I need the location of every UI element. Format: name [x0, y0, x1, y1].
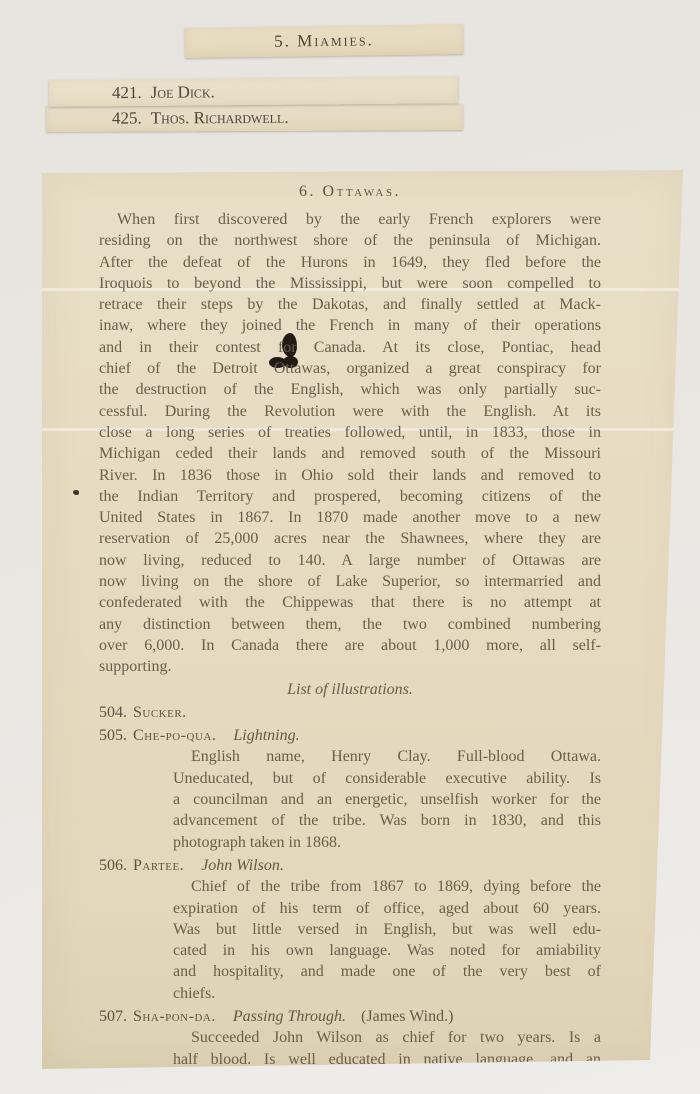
strip-entry-number: 425.: [112, 108, 142, 127]
paragraph-line: cessful. During the Revolution were with…: [99, 401, 601, 422]
description-line: English name, Henry Clay. Full-blood Ott…: [173, 746, 601, 767]
strip-entry-name: Thos. Richardwell.: [151, 108, 289, 128]
paragraph-line: Michigan ceded their lands and removed s…: [99, 443, 601, 464]
paragraph-line: Iroquois to beyond the Mississippi, but …: [99, 273, 601, 294]
entry-507: 507.Sha-pon-da.Passing Through.(James Wi…: [99, 1006, 601, 1027]
strip-entry-name: Joe Dick.: [151, 82, 215, 102]
paragraph-line: When first discovered by the early Frenc…: [99, 209, 601, 230]
margin-mark: [73, 490, 79, 495]
description-line: ordained minister in the Baptist church.…: [173, 1070, 601, 1091]
entry-number: 505.: [99, 725, 133, 746]
paragraph-line: over 6,000. In Canada there are about 1,…: [99, 635, 601, 656]
intro-paragraph: When first discovered by the early Frenc…: [99, 209, 601, 678]
entry-name: Sha-pon-da.: [133, 1008, 216, 1025]
entry-506: 506.Partee.John Wilson.: [99, 855, 601, 876]
entry-505: 505.Che-po-qua.Lightning.: [99, 725, 601, 746]
description-line: expiration of his term of office, aged a…: [173, 898, 601, 919]
paragraph-line: the destruction of the English, which wa…: [99, 379, 601, 400]
paragraph-line: residing on the northwest shore of the p…: [99, 230, 601, 251]
paragraph-line: inaw, where they joined the French in ma…: [99, 315, 601, 336]
illustrations-caption: List of illustrations.: [99, 679, 601, 700]
photo-backdrop: 5. Miamies. 421.Joe Dick. 425.Thos. Rich…: [0, 0, 700, 1094]
strip-entry-number: 421.: [112, 83, 142, 102]
entry-number: 506.: [99, 855, 133, 876]
paragraph-line: close a long series of treaties followed…: [99, 422, 601, 443]
entry-translation: Lightning.: [233, 727, 299, 744]
entry-number: 507.: [99, 1006, 133, 1027]
description-line: a councilman and an energetic, unselfish…: [173, 789, 601, 810]
entry-506-description: Chief of the tribe from 1867 to 1869, dy…: [173, 876, 601, 1004]
paragraph-line: supporting.: [99, 656, 601, 677]
description-line: Uneducated, but of considerable executiv…: [173, 768, 601, 789]
paragraph-line: River. In 1836 those in Ohio sold their …: [99, 465, 601, 486]
page-heading: 6. Ottawas.: [99, 182, 601, 202]
paragraph-line: confederated with the Chippewas that the…: [99, 592, 601, 613]
description-line: half blood. Is well educated in native l…: [173, 1049, 601, 1070]
description-line: cated in his own language. Was noted for…: [173, 940, 601, 961]
entry-name: Che-po-qua.: [133, 727, 216, 744]
entry-504: 504.Sucker.: [99, 702, 601, 723]
paper-strip-miamies: 5. Miamies.: [185, 24, 463, 58]
entry-translation: Passing Through.: [233, 1008, 346, 1025]
description-line: photograph taken in 1868.: [173, 832, 601, 853]
paragraph-line: now living on the shore of Lake Superior…: [99, 571, 601, 592]
paragraph-line: now living, reduced to 140. A large numb…: [99, 550, 601, 571]
description-line: advancement of the tribe. Was born in 18…: [173, 810, 601, 831]
description-line: Succeeded John Wilson as chief for two y…: [173, 1027, 601, 1048]
entry-name: Partee.: [133, 857, 184, 874]
paragraph-line: reservation of 25,000 acres near the Sha…: [99, 528, 601, 549]
description-line: Chief of the tribe from 1867 to 1869, dy…: [173, 876, 601, 897]
entry-translation: John Wilson.: [201, 857, 284, 874]
paragraph-line: retrace their steps by the Dakotas, and …: [99, 294, 601, 315]
text-column: 6. Ottawas. When first discovered by the…: [99, 182, 601, 1091]
entry-english-name: (James Wind.): [361, 1008, 453, 1025]
entry-507-description: Succeeded John Wilson as chief for two y…: [173, 1027, 601, 1091]
paragraph-line: any distinction between them, the two co…: [99, 614, 601, 635]
paragraph-line: After the defeat of the Hurons in 1649, …: [99, 252, 601, 273]
paper-strip-425: 425.Thos. Richardwell.: [46, 104, 463, 132]
catalog-page: 6. Ottawas. When first discovered by the…: [42, 170, 683, 1070]
paragraph-line: United States in 1867. In 1870 made anot…: [99, 507, 601, 528]
paragraph-line: and in their contest for Canada. At its …: [99, 337, 601, 358]
paragraph-line: the Indian Territory and prospered, beco…: [99, 486, 601, 507]
entry-number: 504.: [99, 702, 133, 723]
description-line: chiefs.: [173, 983, 601, 1004]
strip-miamies-label: 5. Miamies.: [274, 30, 374, 50]
paragraph-line: chief of the Detroit Ottawas, organized …: [99, 358, 601, 379]
description-line: and hospitality, and made one of the ver…: [173, 961, 601, 982]
entry-505-description: English name, Henry Clay. Full-blood Ott…: [173, 746, 601, 852]
entry-name: Sucker.: [133, 704, 187, 721]
paper-strip-421: 421.Joe Dick.: [49, 76, 458, 107]
description-line: Was but little versed in English, but wa…: [173, 919, 601, 940]
